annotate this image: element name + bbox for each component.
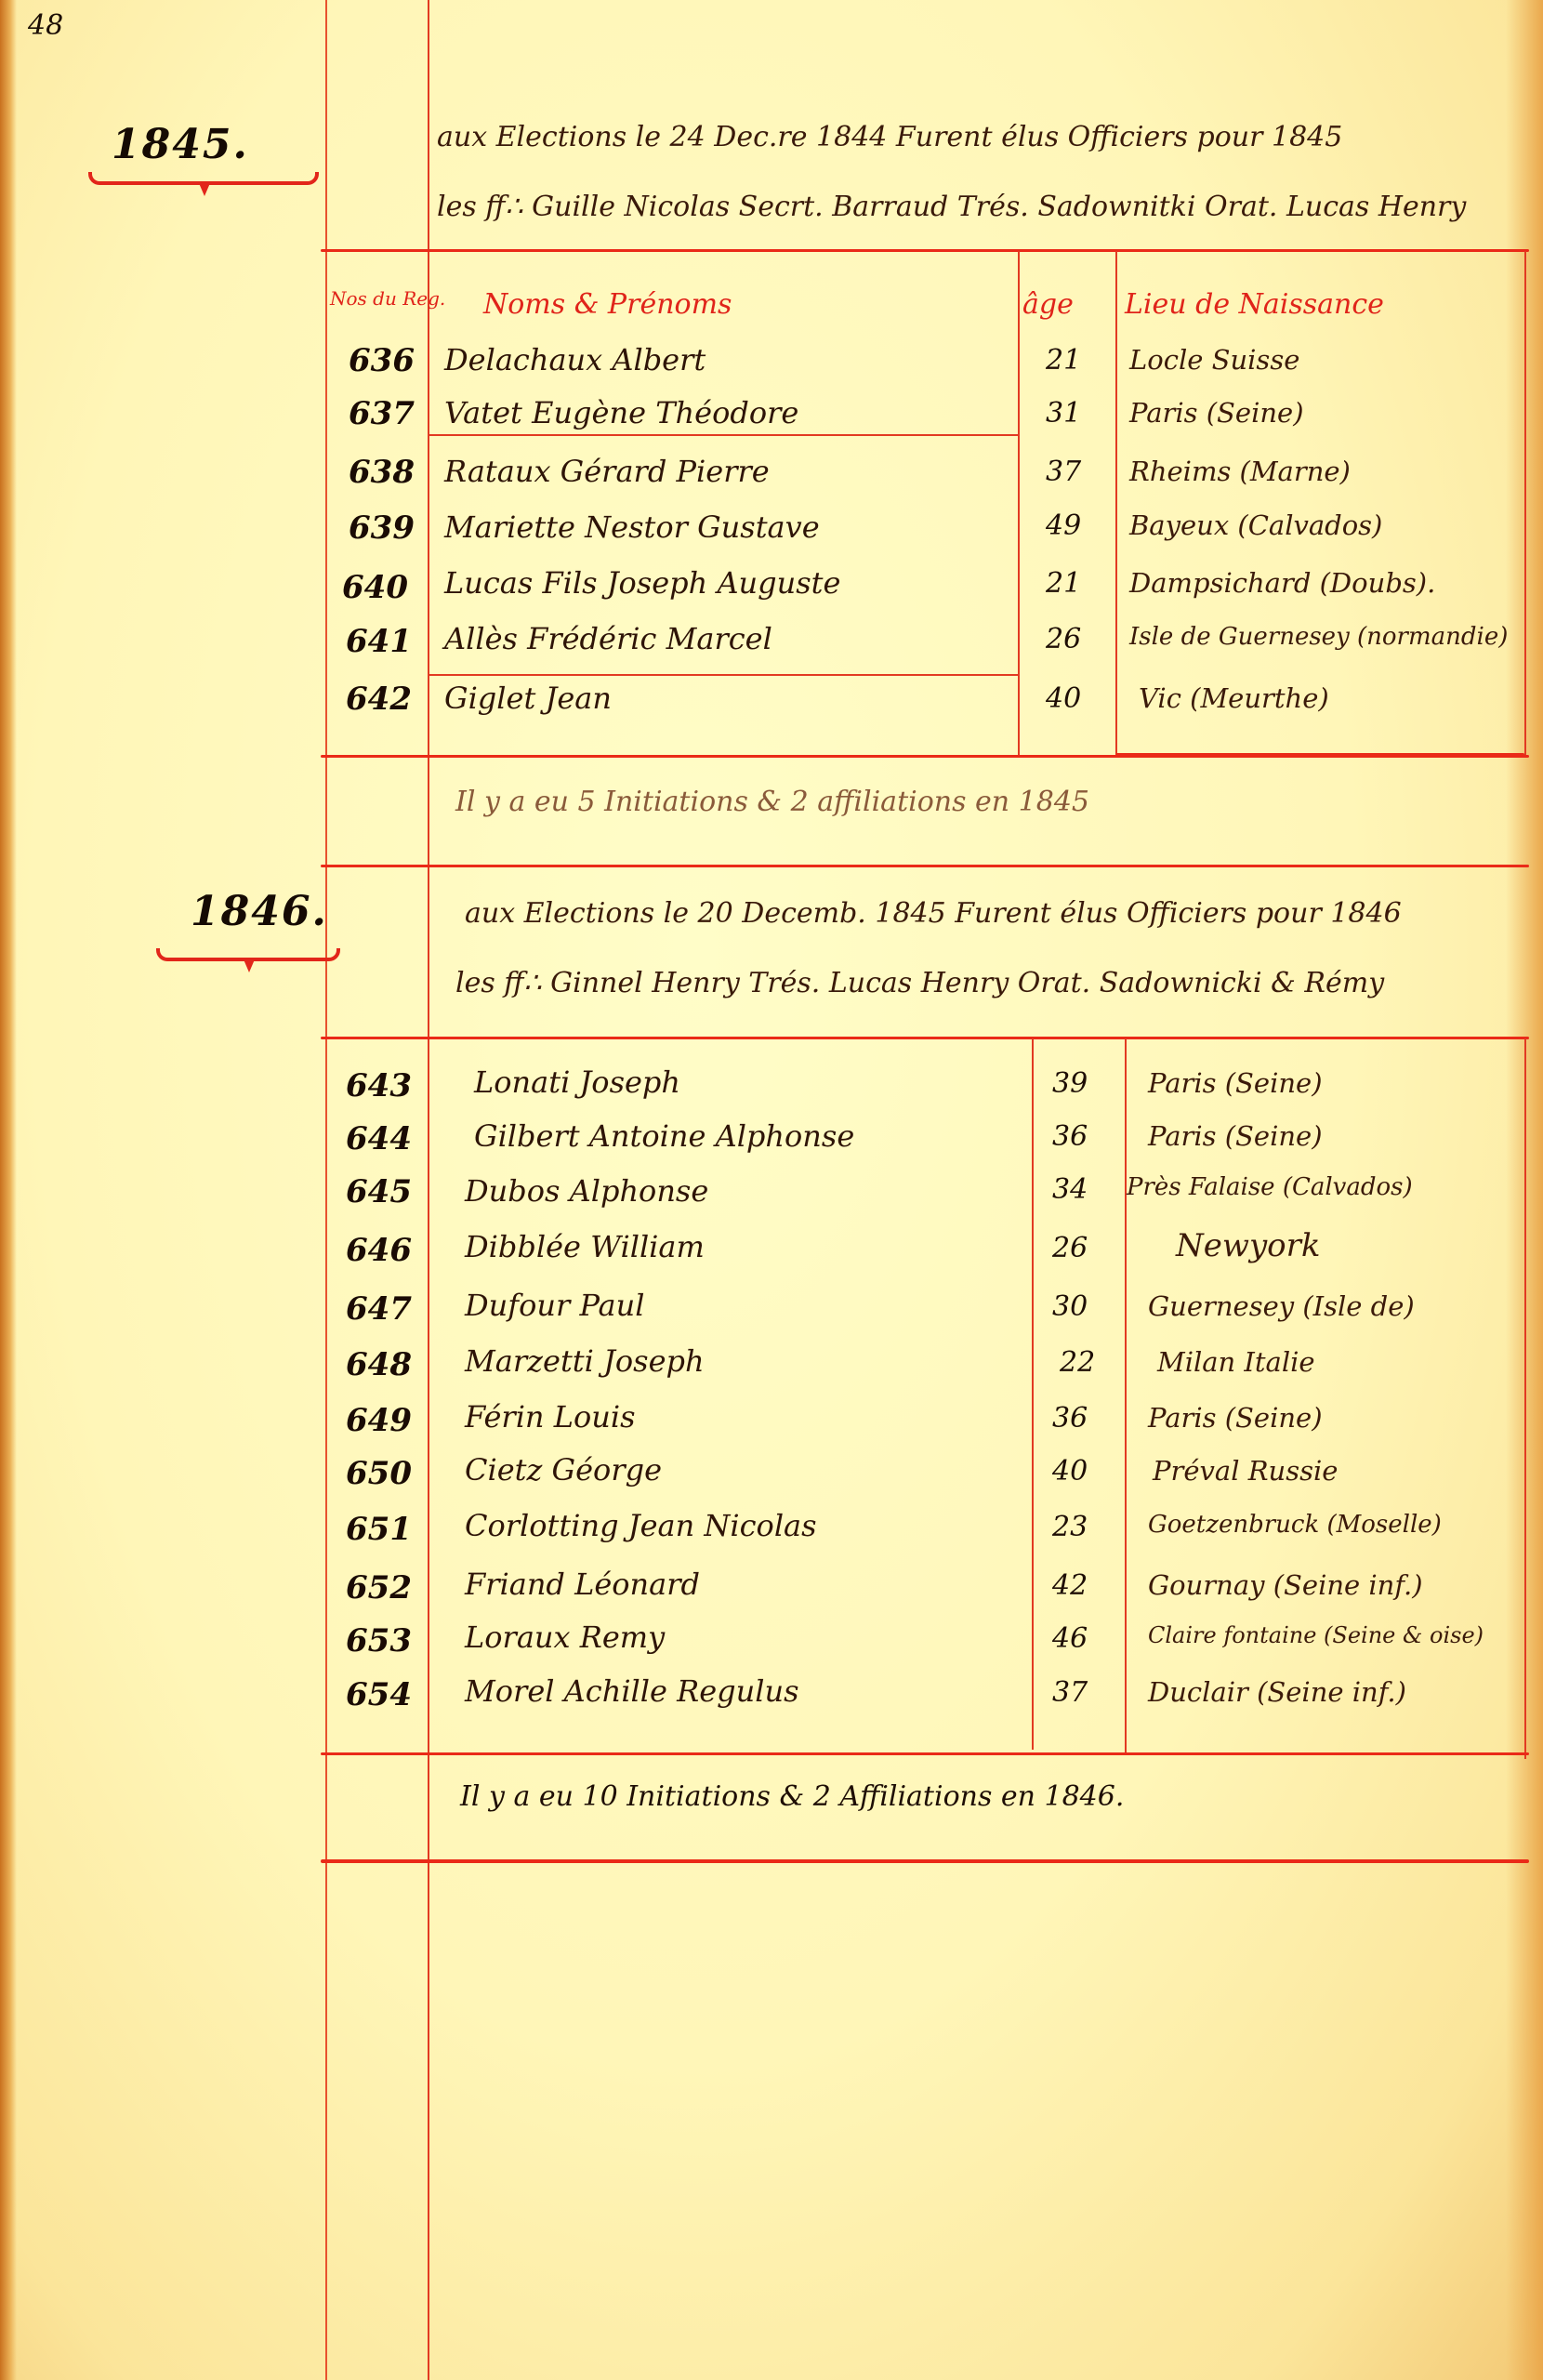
member-name: Marzetti Joseph — [465, 1343, 705, 1379]
member-age: 21 — [1046, 567, 1081, 600]
age-column-rule-1846 — [1032, 1038, 1034, 1750]
rule-1846-section-top — [321, 865, 1529, 867]
reg-number: 641 — [346, 623, 412, 660]
year-brace-1846 — [156, 948, 340, 961]
member-birthplace: Gournay (Seine inf.) — [1148, 1569, 1423, 1601]
content-margin-rule — [428, 0, 429, 2380]
member-age: 22 — [1060, 1346, 1095, 1379]
year-label-1846: 1846. — [191, 888, 328, 935]
member-age: 23 — [1052, 1511, 1088, 1543]
member-age: 40 — [1052, 1455, 1088, 1487]
reg-number: 645 — [346, 1173, 412, 1210]
reg-number: 652 — [346, 1569, 412, 1606]
member-age: 34 — [1052, 1173, 1088, 1206]
member-birthplace: Goetzenbruck (Moselle) — [1148, 1511, 1442, 1539]
reg-number: 647 — [346, 1290, 412, 1328]
elections-1845-line1: aux Elections le 24 Dec.re 1844 Furent é… — [437, 121, 1342, 153]
member-birthplace: Isle de Guernesey (normandie) — [1129, 623, 1508, 651]
member-age: 31 — [1046, 397, 1081, 430]
reg-number: 638 — [349, 454, 415, 491]
member-age: 49 — [1046, 509, 1081, 542]
member-name: Dubos Alphonse — [465, 1173, 708, 1209]
member-age: 39 — [1052, 1067, 1088, 1100]
reg-number: 642 — [346, 681, 412, 718]
reg-number: 654 — [346, 1676, 412, 1713]
member-name: Mariette Nestor Gustave — [444, 509, 820, 545]
member-name: Vatet Eugène Théodore — [444, 395, 798, 430]
rule-1845-table-bottom — [321, 755, 1529, 758]
birthplace-column-rule-1845 — [1115, 251, 1117, 758]
member-age: 36 — [1052, 1120, 1088, 1153]
reg-number: 636 — [349, 342, 415, 379]
member-name: Corlotting Jean Nicolas — [465, 1508, 817, 1543]
member-name: Loraux Remy — [465, 1620, 665, 1655]
header-birthplace: Lieu de Naissance — [1125, 288, 1384, 321]
member-age: 42 — [1052, 1569, 1088, 1602]
member-birthplace: Rheims (Marne) — [1129, 456, 1351, 487]
year-label-1845: 1845. — [112, 121, 249, 168]
elections-1846-line1: aux Elections le 20 Decemb. 1845 Furent … — [465, 897, 1402, 930]
member-name: Dufour Paul — [465, 1288, 644, 1323]
member-birthplace: Claire fontaine (Seine & oise) — [1148, 1622, 1484, 1648]
rule-1846-table-bottom — [321, 1752, 1529, 1755]
member-birthplace: Milan Italie — [1157, 1346, 1315, 1378]
page-binding-edge — [0, 0, 17, 2380]
summary-1846: Il y a eu 10 Initiations & 2 Affiliation… — [460, 1780, 1124, 1813]
reg-number: 650 — [346, 1455, 412, 1492]
summary-1845: Il y a eu 5 Initiations & 2 affiliations… — [455, 786, 1089, 818]
member-age: 26 — [1046, 623, 1081, 655]
member-birthplace: Guernesey (Isle de) — [1148, 1290, 1415, 1322]
year-brace-1845 — [88, 172, 319, 185]
member-name: Morel Achille Regulus — [465, 1673, 799, 1709]
member-age: 30 — [1052, 1290, 1088, 1323]
member-birthplace: Préval Russie — [1153, 1455, 1338, 1487]
member-birthplace: Locle Suisse — [1129, 344, 1299, 376]
member-name: Férin Louis — [465, 1399, 635, 1435]
member-age: 37 — [1052, 1676, 1088, 1709]
member-birthplace: Vic (Meurthe) — [1139, 682, 1329, 714]
member-name: Giglet Jean — [444, 681, 612, 716]
reg-number: 637 — [349, 395, 415, 432]
member-name: Lonati Joseph — [474, 1064, 680, 1100]
rule-1846-section-bottom — [321, 1859, 1529, 1863]
member-birthplace: Duclair (Seine inf.) — [1148, 1676, 1406, 1708]
rule-1846-table-top — [321, 1037, 1529, 1039]
member-age: 26 — [1052, 1232, 1088, 1264]
row-divider-637 — [428, 434, 1019, 436]
member-birthplace: Newyork — [1176, 1227, 1321, 1264]
member-birthplace: Bayeux (Calvados) — [1129, 509, 1382, 541]
reg-number: 639 — [349, 509, 415, 547]
header-names: Noms & Prénoms — [483, 288, 732, 321]
page-number: 48 — [28, 9, 63, 42]
reg-number: 646 — [346, 1232, 412, 1269]
member-age: 37 — [1046, 456, 1081, 488]
member-name: Gilbert Antoine Alphonse — [474, 1118, 854, 1154]
member-name: Friand Léonard — [465, 1567, 700, 1602]
member-age: 36 — [1052, 1402, 1088, 1435]
reg-number: 643 — [346, 1067, 412, 1104]
member-age: 21 — [1046, 344, 1081, 377]
member-age: 46 — [1052, 1622, 1088, 1655]
elections-1845-line2: les ff∴ Guille Nicolas Secrt. Barraud Tr… — [437, 191, 1466, 223]
reg-number: 651 — [346, 1511, 412, 1548]
member-birthplace: Paris (Seine) — [1148, 1120, 1323, 1152]
member-name: Lucas Fils Joseph Auguste — [444, 565, 840, 601]
member-name: Delachaux Albert — [444, 342, 706, 377]
reg-number: 653 — [346, 1622, 412, 1659]
table-right-rule-1846 — [1524, 1038, 1526, 1759]
elections-1846-line2: les ff∴ Ginnel Henry Trés. Lucas Henry O… — [455, 967, 1384, 999]
rule-1845-table-top — [321, 249, 1529, 252]
left-margin-rule — [325, 0, 327, 2380]
header-reg-no: Nos du Reg. — [330, 288, 445, 309]
table-right-rule-1845 — [1524, 251, 1526, 758]
member-birthplace: Dampsichard (Doubs). — [1129, 567, 1435, 599]
age-column-rule-1845 — [1018, 251, 1020, 758]
reg-number: 640 — [342, 569, 408, 606]
member-age: 40 — [1046, 682, 1081, 715]
member-birthplace: Paris (Seine) — [1129, 397, 1304, 429]
member-name: Cietz Géorge — [465, 1452, 662, 1487]
member-name: Rataux Gérard Pierre — [444, 454, 770, 489]
member-birthplace: Paris (Seine) — [1148, 1402, 1323, 1434]
member-name: Allès Frédéric Marcel — [444, 621, 772, 656]
header-age: âge — [1022, 288, 1074, 321]
row-divider-641 — [428, 674, 1019, 676]
birthplace-column-rule-1846 — [1125, 1038, 1127, 1754]
member-birthplace: Près Falaise (Calvados) — [1127, 1173, 1413, 1201]
reg-number: 649 — [346, 1402, 412, 1439]
reg-number: 648 — [346, 1346, 412, 1383]
member-name: Dibblée William — [465, 1229, 705, 1264]
reg-number: 644 — [346, 1120, 412, 1157]
member-birthplace: Paris (Seine) — [1148, 1067, 1323, 1099]
